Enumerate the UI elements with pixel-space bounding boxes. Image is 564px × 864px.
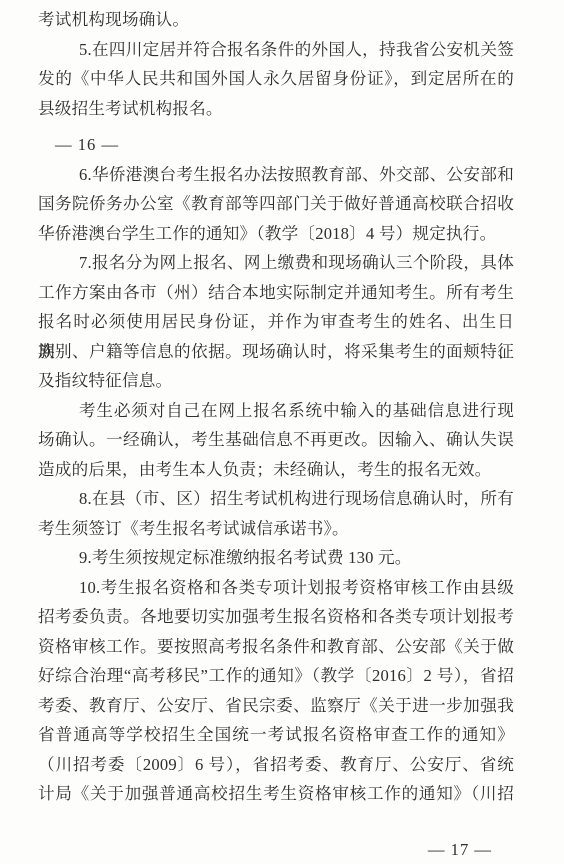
text-line: 场确认。一经确认，考生基础信息不再更改。因输入、确认失误 xyxy=(38,425,514,455)
text-line: 计局《关于加强普通高校招生考生资格审核工作的通知》（川招 xyxy=(38,779,514,809)
page16-footer-page-number: — 16 — xyxy=(38,130,514,160)
text-line: 及指纹特征信息。 xyxy=(38,366,514,396)
text-line: 招考委负责。各地要切实加强考生报名资格和各类专项计划报考 xyxy=(38,602,514,632)
page17-text-block: 6.华侨港澳台考生报名办法按照教育部、外交部、公安部和国务院侨务办公室《教育部等… xyxy=(38,160,514,809)
text-line: 9.考生须按规定标准缴纳报名考试费 130 元。 xyxy=(38,543,514,573)
text-line: 8.在县（市、区）招生考试机构进行现场信息确认时，所有 xyxy=(38,484,514,514)
text-line: （川招考委〔2009〕6 号），省招考委、教育厅、公安厅、省统 xyxy=(38,750,514,780)
text-line: 5.在四川定居并符合报名条件的外国人，持我省公安机关签 xyxy=(38,35,514,65)
text-line: 发的《中华人民共和国外国人永久居留身份证》，到定居所在的 xyxy=(38,64,514,94)
text-line: 10.考生报名资格和各类专项计划报考资格审核工作由县级 xyxy=(38,573,514,603)
text-line: 好综合治理“高考移民”工作的通知》（教学〔2016〕2 号），省招 xyxy=(38,661,514,691)
text-line: 工作方案由各市（州）结合本地实际制定并通知考生。所有考生 xyxy=(38,278,514,308)
document-page: 考试机构现场确认。5.在四川定居并符合报名条件的外国人，持我省公安机关签发的《中… xyxy=(0,0,564,864)
text-line: 6.华侨港澳台考生报名办法按照教育部、外交部、公安部和 xyxy=(38,160,514,190)
text-line: 考生须签订《考生报名考试诚信承诺书》。 xyxy=(38,514,514,544)
text-line: 考委、教育厅、公安厅、省民宗委、监察厅《关于进一步加强我 xyxy=(38,691,514,721)
text-line: 考试机构现场确认。 xyxy=(38,5,514,35)
text-line: 县级招生考试机构报名。 xyxy=(38,94,514,124)
page16-text-block: 考试机构现场确认。5.在四川定居并符合报名条件的外国人，持我省公安机关签发的《中… xyxy=(38,5,514,123)
text-line: 省普通高等学校招生全国统一考试报名资格审查工作的通知》 xyxy=(38,720,514,750)
page17-footer-page-number: — 17 — xyxy=(38,835,514,864)
text-line: 族别、户籍等信息的依据。现场确认时，将采集考生的面颊特征 xyxy=(38,337,514,367)
text-line: 国务院侨务办公室《教育部等四部门关于做好普通高校联合招收 xyxy=(38,189,514,219)
text-line: 华侨港澳台学生工作的通知》（教学〔2018〕4 号）规定执行。 xyxy=(38,219,514,249)
text-line: 考生必须对自己在网上报名系统中输入的基础信息进行现 xyxy=(38,396,514,426)
text-line: 造成的后果，由考生本人负责；未经确认，考生的报名无效。 xyxy=(38,455,514,485)
text-line: 报名时必须使用居民身份证，并作为审查考生的姓名、出生日期、 xyxy=(38,307,514,337)
text-line: 7.报名分为网上报名、网上缴费和现场确认三个阶段，具体 xyxy=(38,248,514,278)
text-line: 资格审核工作。要按照高考报名条件和教育部、公安部《关于做 xyxy=(38,632,514,662)
